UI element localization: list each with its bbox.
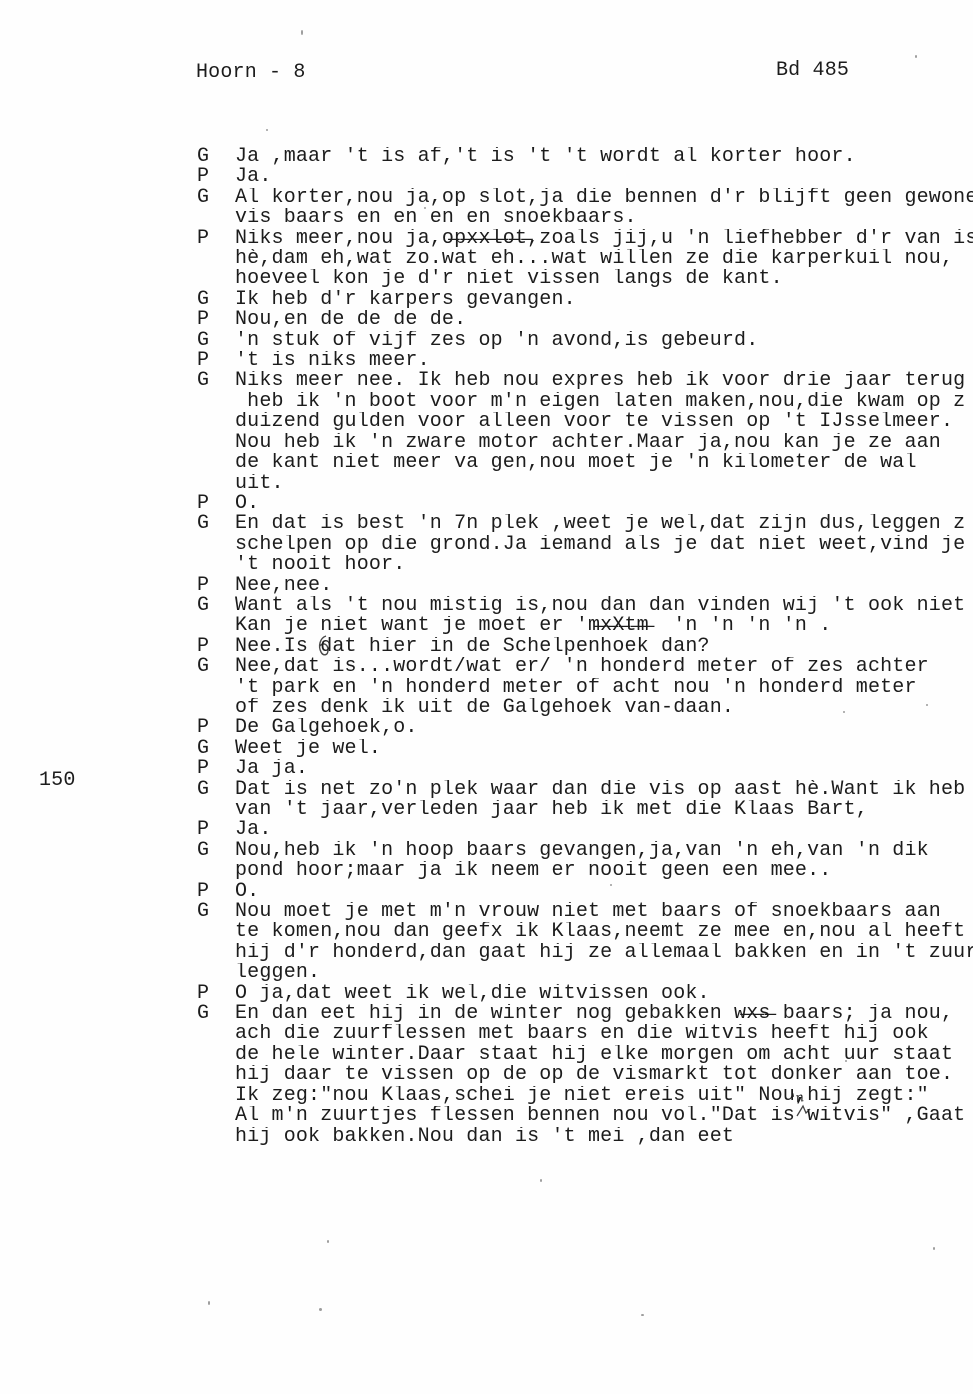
- speaker-label: P: [197, 820, 235, 840]
- transcript-line: hoeveel kon je d'r niet vissen langs de …: [197, 269, 973, 289]
- line-text: Nou,heb ik 'n hoop baars gevangen,ja,van…: [235, 841, 973, 861]
- line-text: 't nooit hoor.: [235, 555, 973, 575]
- transcript-line: schelpen op die grond.Ja iemand als je d…: [197, 535, 973, 555]
- scan-speck: [540, 1179, 542, 1182]
- line-text: duizend gulden voor alleen voor te visse…: [235, 412, 973, 432]
- speaker-label: [197, 412, 235, 432]
- line-text: O ja,dat weet ik wel,die witvissen ook.: [235, 984, 973, 1004]
- speaker-label: [197, 269, 235, 289]
- line-text: Dat is net zo'n plek waar dan die vis op…: [235, 780, 973, 800]
- scan-speck: [266, 129, 268, 131]
- speaker-label: [197, 249, 235, 269]
- transcript-line: G Nou moet je met m'n vrouw niet met baa…: [197, 902, 973, 922]
- document-page: Hoorn - 8 Bd 485 150 G Ja ,maar 't is af…: [0, 0, 973, 1394]
- speaker-label: [197, 922, 235, 942]
- speaker-label: [197, 1106, 235, 1126]
- transcript-line: Ik zeg:"nou Klaas,schei je niet ereis ui…: [197, 1086, 973, 1106]
- speaker-label: [197, 1024, 235, 1044]
- line-text: 'n stuk of vijf zes op 'n avond,is gebeu…: [235, 331, 973, 351]
- speaker-label: G: [197, 780, 235, 800]
- transcript-line: G Al korter,nou ja,op slot,ja die bennen…: [197, 188, 973, 208]
- transcript-line: Nou heb ik 'n zware motor achter.Maar ja…: [197, 433, 973, 453]
- speaker-label: [197, 963, 235, 983]
- line-text: hij daar te vissen op de op de vismarkt …: [235, 1065, 973, 1085]
- transcript-line: Al m'n zuurtjes flessen bennen nou vol."…: [197, 1106, 973, 1126]
- transcript-line: ach die zuurflessen met baars en die wit…: [197, 1024, 973, 1044]
- line-text: hoeveel kon je d'r niet vissen langs de …: [235, 269, 973, 289]
- transcript-line: duizend gulden voor alleen voor te visse…: [197, 412, 973, 432]
- transcript-line: P Niks meer,nou ja,o̶p̶x̶x̶l̶o̶t̶,zoals …: [197, 229, 973, 249]
- transcript-line: G 'n stuk of vijf zes op 'n avond,is geb…: [197, 331, 973, 351]
- scan-speck: [926, 704, 928, 706]
- line-text: heb ik 'n boot voor m'n eigen laten make…: [235, 392, 973, 412]
- transcript-line: G Ik heb d'r karpers gevangen.: [197, 290, 973, 310]
- line-text: vis baars en en en en snoekbaars.: [235, 208, 973, 228]
- transcript-line: G Dat is net zo'n plek waar dan die vis …: [197, 780, 973, 800]
- speaker-label: [197, 1045, 235, 1065]
- line-text: Al korter,nou ja,op slot,ja die bennen d…: [235, 188, 973, 208]
- speaker-label: [197, 1127, 235, 1147]
- header-right: Bd 485: [776, 59, 849, 82]
- line-text: de hele winter.Daar staat hij elke morge…: [235, 1045, 973, 1065]
- scan-speck: [319, 1308, 322, 1311]
- transcript-line: van 't jaar,verleden jaar heb ik met die…: [197, 800, 973, 820]
- line-text: Al m'n zuurtjes flessen bennen nou vol."…: [235, 1106, 973, 1126]
- scan-speck: [208, 1301, 210, 1305]
- speaker-label: [197, 678, 235, 698]
- speaker-label: G: [197, 371, 235, 391]
- scan-speck: [610, 884, 612, 886]
- transcript-line: P Nou,en de de de de.: [197, 310, 973, 330]
- speaker-label: G: [197, 841, 235, 861]
- line-text: Ik zeg:"nou Klaas,schei je niet ereis ui…: [235, 1086, 973, 1106]
- speaker-label: G: [197, 514, 235, 534]
- line-text: De Galgehoek,o.: [235, 718, 973, 738]
- line-text: Ja.: [235, 820, 973, 840]
- transcript-line: P O ja,dat weet ik wel,die witvissen ook…: [197, 984, 973, 1004]
- insertion-caret-icon: [796, 1104, 812, 1118]
- speaker-label: P: [197, 576, 235, 596]
- line-text: of zes denk ik uit de Galgehoek van-daan…: [235, 698, 973, 718]
- transcript-line: 't park en 'n honderd meter of acht nou …: [197, 678, 973, 698]
- line-text: En dat is best 'n 7n plek ,weet je wel,d…: [235, 514, 973, 534]
- speaker-label: [197, 800, 235, 820]
- scan-speck: [845, 1060, 847, 1062]
- transcript-line: P Nee,nee.: [197, 576, 973, 596]
- transcript-line: P O.: [197, 882, 973, 902]
- transcript-line: G Want als 't nou mistig is,nou dan dan …: [197, 596, 973, 616]
- transcript-line: de hele winter.Daar staat hij elke morge…: [197, 1045, 973, 1065]
- line-text: Ja ja.: [235, 759, 973, 779]
- transcript-line: hij d'r honderd,dan gaat hij ze allemaal…: [197, 943, 973, 963]
- transcript-line: uit.: [197, 474, 973, 494]
- transcript-line: leggen.: [197, 963, 973, 983]
- line-text: hè,dam eh,wat zo.wat eh...wat willen ze …: [235, 249, 973, 269]
- speaker-label: P: [197, 229, 235, 249]
- speaker-label: [197, 208, 235, 228]
- transcript-line: P Ja.: [197, 167, 973, 187]
- speaker-label: [197, 861, 235, 881]
- line-text: hij ook bakken.Nou dan is 't mei ,dan ee…: [235, 1127, 973, 1147]
- transcript-line: heb ik 'n boot voor m'n eigen laten make…: [197, 392, 973, 412]
- transcript-line: P Ja ja.: [197, 759, 973, 779]
- line-text: Nee.Is dat hier in de Schelpenhoek dan?: [235, 637, 973, 657]
- line-text: de kant niet meer va gen,nou moet je 'n …: [235, 453, 973, 473]
- speaker-label: G: [197, 596, 235, 616]
- speaker-label: P: [197, 167, 235, 187]
- transcript-line: G En dat is best 'n 7n plek ,weet je wel…: [197, 514, 973, 534]
- line-text: O.: [235, 882, 973, 902]
- speaker-label: [197, 1065, 235, 1085]
- line-text: schelpen op die grond.Ja iemand als je d…: [235, 535, 973, 555]
- transcript-line: P Ja.: [197, 820, 973, 840]
- speaker-label: P: [197, 637, 235, 657]
- speaker-label: P: [197, 310, 235, 330]
- line-text: Kan je niet want je moet er 'm̶x̶X̶t̶m̶ …: [235, 616, 973, 636]
- speaker-label: P: [197, 351, 235, 371]
- line-text: Want als 't nou mistig is,nou dan dan vi…: [235, 596, 973, 616]
- transcript-line: te komen,nou dan geefx ik Klaas,neemt ze…: [197, 922, 973, 942]
- transcript-line: hij ook bakken.Nou dan is 't mei ,dan ee…: [197, 1127, 973, 1147]
- transcript-line: G Nee,dat is...wordt/wat er/ 'n honderd …: [197, 657, 973, 677]
- transcript-line: P De Galgehoek,o.: [197, 718, 973, 738]
- line-text: Nou heb ik 'n zware motor achter.Maar ja…: [235, 433, 973, 453]
- line-text: Nee,nee.: [235, 576, 973, 596]
- speaker-label: G: [197, 147, 235, 167]
- transcript-line: pond hoor;maar ja ik neem er nooit geen …: [197, 861, 973, 881]
- speaker-label: [197, 698, 235, 718]
- line-text: ach die zuurflessen met baars en die wit…: [235, 1024, 973, 1044]
- line-text: Nou,en de de de de.: [235, 310, 973, 330]
- line-text: Weet je wel.: [235, 739, 973, 759]
- transcript-line: G En dan eet hij in de winter nog gebakk…: [197, 1004, 973, 1024]
- speaker-label: [197, 474, 235, 494]
- line-text: Ja.: [235, 167, 973, 187]
- line-text: 't is niks meer.: [235, 351, 973, 371]
- speaker-label: [197, 616, 235, 636]
- scan-speck: [933, 1247, 935, 1250]
- transcript-line: G Nou,heb ik 'n hoop baars gevangen,ja,v…: [197, 841, 973, 861]
- transcript-line: de kant niet meer va gen,nou moet je 'n …: [197, 453, 973, 473]
- speaker-label: [197, 943, 235, 963]
- transcript-line: 't nooit hoor.: [197, 555, 973, 575]
- line-text: O.: [235, 494, 973, 514]
- transcript-line: hij daar te vissen op de op de vismarkt …: [197, 1065, 973, 1085]
- line-text: van 't jaar,verleden jaar heb ik met die…: [235, 800, 973, 820]
- line-text: Nou moet je met m'n vrouw niet met baars…: [235, 902, 973, 922]
- scan-speck: [327, 1240, 329, 1243]
- speaker-label: G: [197, 739, 235, 759]
- speaker-label: [197, 392, 235, 412]
- scan-speck: [843, 711, 845, 713]
- line-text: 't park en 'n honderd meter of acht nou …: [235, 678, 973, 698]
- line-text: leggen.: [235, 963, 973, 983]
- scan-speck: [915, 55, 917, 58]
- line-text: Niks meer,nou ja,o̶p̶x̶x̶l̶o̶t̶,zoals ji…: [235, 229, 973, 249]
- speaker-label: G: [197, 1004, 235, 1024]
- speaker-label: G: [197, 902, 235, 922]
- speaker-label: P: [197, 718, 235, 738]
- line-text: pond hoor;maar ja ik neem er nooit geen …: [235, 861, 973, 881]
- speaker-label: P: [197, 882, 235, 902]
- transcript-line: of zes denk ik uit de Galgehoek van-daan…: [197, 698, 973, 718]
- transcript-line: hè,dam eh,wat zo.wat eh...wat willen ze …: [197, 249, 973, 269]
- margin-page-number: 150: [39, 769, 76, 792]
- line-text: Ik heb d'r karpers gevangen.: [235, 290, 973, 310]
- speaker-label: [197, 555, 235, 575]
- line-text: hij d'r honderd,dan gaat hij ze allemaal…: [235, 943, 973, 963]
- speaker-label: [197, 1086, 235, 1106]
- line-text: te komen,nou dan geefx ik Klaas,neemt ze…: [235, 922, 973, 942]
- speaker-label: G: [197, 188, 235, 208]
- speaker-label: [197, 535, 235, 555]
- line-text: Nee,dat is...wordt/wat er/ 'n honderd me…: [235, 657, 973, 677]
- scan-speck: [641, 1314, 644, 1316]
- transcript-line: G Weet je wel.: [197, 739, 973, 759]
- transcript-line: P O.: [197, 494, 973, 514]
- line-text: En dan eet hij in de winter nog gebakken…: [235, 1004, 973, 1024]
- speaker-label: G: [197, 331, 235, 351]
- speaker-label: P: [197, 984, 235, 1004]
- scan-speck: [301, 30, 303, 35]
- transcript-line: G Ja ,maar 't is af,'t is 't 't wordt al…: [197, 147, 973, 167]
- speaker-label: P: [197, 494, 235, 514]
- scan-speck: [424, 207, 426, 209]
- transcript-line: G Niks meer nee. Ik heb nou expres heb i…: [197, 371, 973, 391]
- header-left: Hoorn - 8: [196, 61, 306, 84]
- line-text: uit.: [235, 474, 973, 494]
- speaker-label: G: [197, 290, 235, 310]
- line-text: Niks meer nee. Ik heb nou expres heb ik …: [235, 371, 973, 391]
- line-text: Ja ,maar 't is af,'t is 't 't wordt al k…: [235, 147, 973, 167]
- speaker-label: P: [197, 759, 235, 779]
- speaker-label: [197, 453, 235, 473]
- transcript-line: vis baars en en en en snoekbaars.: [197, 208, 973, 228]
- transcript-line: P 't is niks meer.: [197, 351, 973, 371]
- speaker-label: [197, 433, 235, 453]
- handwritten-scribble-icon: [314, 634, 334, 660]
- speaker-label: G: [197, 657, 235, 677]
